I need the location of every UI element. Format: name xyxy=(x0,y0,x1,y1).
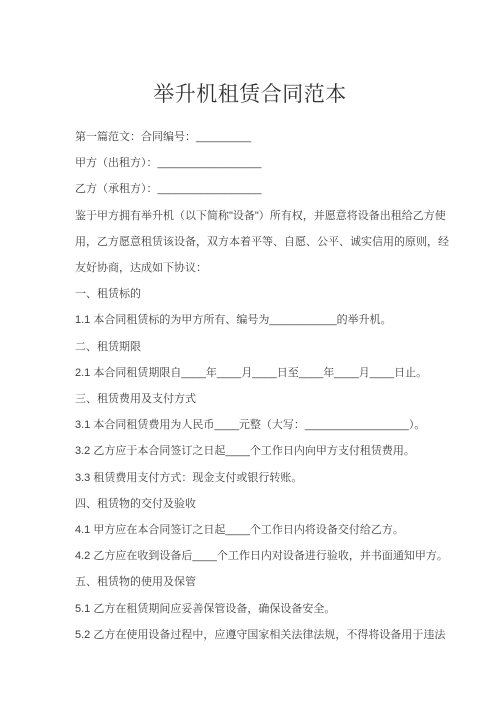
document-line: 甲方（出租方）：_________________ xyxy=(75,150,470,176)
document-line: 5.2 乙方在使用设备过程中，应遵守国家相关法律法规，不得将设备用于违法 xyxy=(75,622,470,648)
document-line: 鉴于甲方拥有举升机（以下简称"设备"）所有权，并愿意将设备出租给乙方使 xyxy=(75,203,470,229)
document-line: 3.3 租赁费用支付方式：现金支付或银行转账。 xyxy=(75,465,470,491)
document-line: 2.1 本合同租赁期限自____年____月____日至____年____月__… xyxy=(75,360,470,386)
document-line: 三、租赁费用及支付方式 xyxy=(75,386,470,412)
document-line: 3.1 本合同租赁费用为人民币____元整（大写：_______________… xyxy=(75,412,470,438)
document-line: 一、租赁标的 xyxy=(75,281,470,307)
document-line: 二、租赁期限 xyxy=(75,334,470,360)
document-line: 友好协商，达成如下协议： xyxy=(75,255,470,281)
contract-page: 举升机租赁合同范本 第一篇范文：合同编号：_________甲方（出租方）：__… xyxy=(0,0,500,707)
document-body: 第一篇范文：合同编号：_________甲方（出租方）：____________… xyxy=(0,124,500,648)
document-line: 4.2 乙方应在收到设备后____个工作日内对设备进行验收，并书面通知甲方。 xyxy=(75,543,470,569)
document-line: 5.1 乙方在租赁期间应妥善保管设备，确保设备安全。 xyxy=(75,596,470,622)
document-line: 四、租赁物的交付及验收 xyxy=(75,491,470,517)
document-line: 3.2 乙方应于本合同签订之日起____个工作日内向甲方支付租赁费用。 xyxy=(75,438,470,464)
document-line: 用，乙方愿意租赁该设备，双方本着平等、自愿、公平、诚实信用的原则，经 xyxy=(75,229,470,255)
document-line: 第一篇范文：合同编号：_________ xyxy=(75,124,470,150)
document-line: 1.1 本合同租赁标的为甲方所有、编号为___________的举升机。 xyxy=(75,307,470,333)
document-line: 4.1 甲方应在本合同签订之日起____个工作日内将设备交付给乙方。 xyxy=(75,517,470,543)
document-title: 举升机租赁合同范本 xyxy=(0,0,500,110)
document-line: 五、租赁物的使用及保管 xyxy=(75,569,470,595)
document-line: 乙方（承租方）：_________________ xyxy=(75,176,470,202)
